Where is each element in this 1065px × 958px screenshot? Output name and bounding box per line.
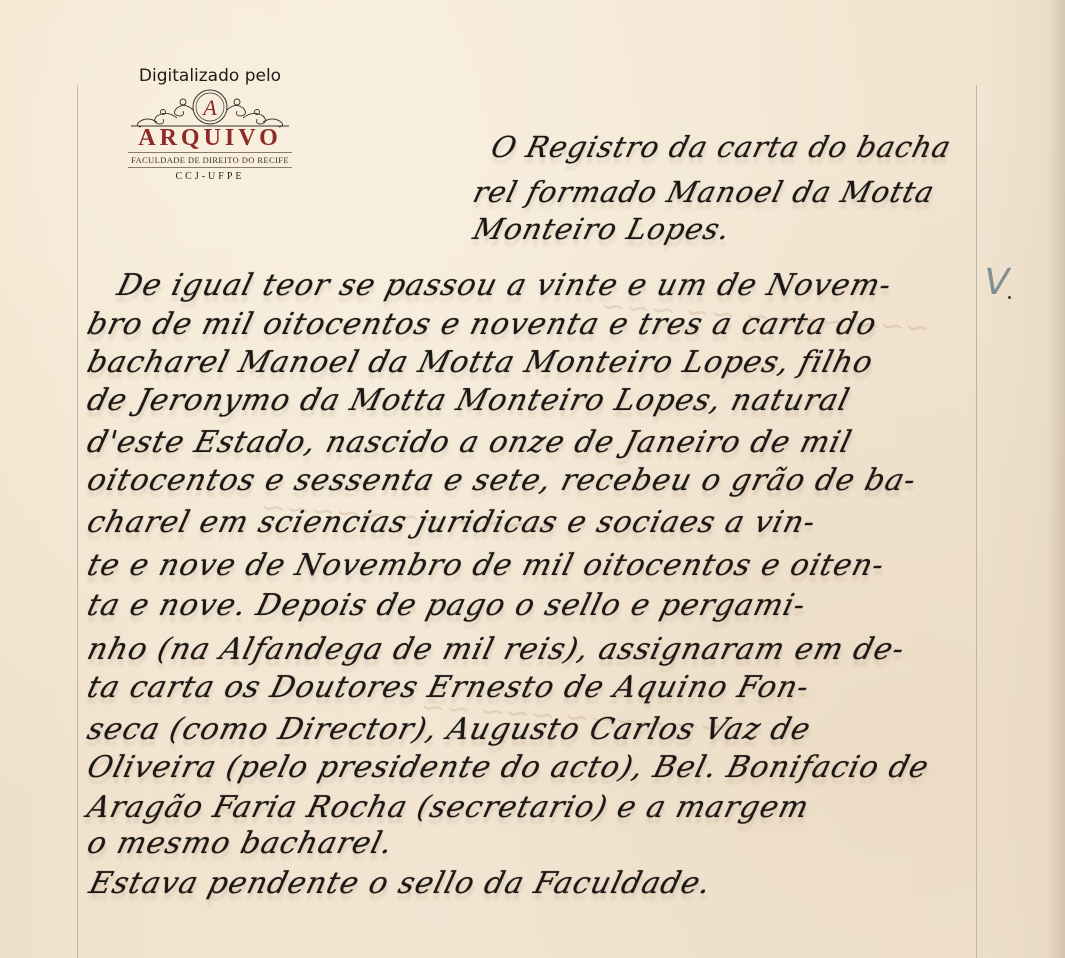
manuscript-page: ~~~ ~~~~ ~~ ~~~ ~~~~ ~~ ~~~~~ ~~ ~~~~ ~~… <box>0 0 1065 958</box>
right-margin-rule <box>976 85 977 958</box>
body-line: nho (na Alfandega de mil reis), assignar… <box>84 632 909 667</box>
body-line: o mesmo bacharel. <box>84 826 397 861</box>
body-line: de Jeronymo da Motta Monteiro Lopes, nat… <box>84 383 854 418</box>
logo-name: ARQUIVO <box>122 126 298 150</box>
body-line: bro de mil oitocentos e noventa e tres a… <box>84 307 881 342</box>
body-line: charel em sciencias juridicas e sociaes … <box>84 505 820 540</box>
arquivo-watermark-logo: Digitalizado pelo A ARQUIVO FACULDADE DE… <box>122 66 298 182</box>
body-line: Oliveira (pelo presidente do acto), Bel.… <box>84 750 933 785</box>
heading-line: Monteiro Lopes. <box>470 212 734 246</box>
body-line: oitocentos e sessenta e sete, recebeu o … <box>84 463 920 498</box>
body-line: ta e nove. Depois de pago o sello e perg… <box>84 588 810 623</box>
heading-line: O Registro da carta do bacha <box>488 130 955 164</box>
body-line: Aragão Faria Rocha (secretario) e a marg… <box>84 790 813 825</box>
logo-top-text: Digitalizado pelo <box>122 66 298 86</box>
heading-line: rel formado Manoel da Motta <box>470 175 939 209</box>
left-margin-rule <box>77 85 78 958</box>
svg-text:A: A <box>201 95 217 120</box>
logo-subtitle: FACULDADE DE DIREITO DO RECIFE <box>128 152 292 168</box>
logo-subtitle-ccj: CCJ-UFPE <box>122 171 298 182</box>
body-line: ta carta os Doutores Ernesto de Aquino F… <box>84 670 814 705</box>
body-line: seca (como Director), Augusto Carlos Vaz… <box>84 712 815 747</box>
ornament-emblem-icon: A <box>127 88 293 128</box>
body-line: te e nove de Novembro de mil oitocentos … <box>84 548 889 583</box>
page-edge-shadow <box>1047 0 1065 958</box>
body-line: d'este Estado, nascido a onze de Janeiro… <box>84 425 856 460</box>
body-line: Estava pendente o sello da Faculdade. <box>86 866 715 901</box>
body-line: De igual teor se passou a vinte e um de … <box>114 268 896 303</box>
body-line: bacharel Manoel da Motta Monteiro Lopes,… <box>84 345 877 380</box>
ink-dot <box>1008 296 1011 299</box>
